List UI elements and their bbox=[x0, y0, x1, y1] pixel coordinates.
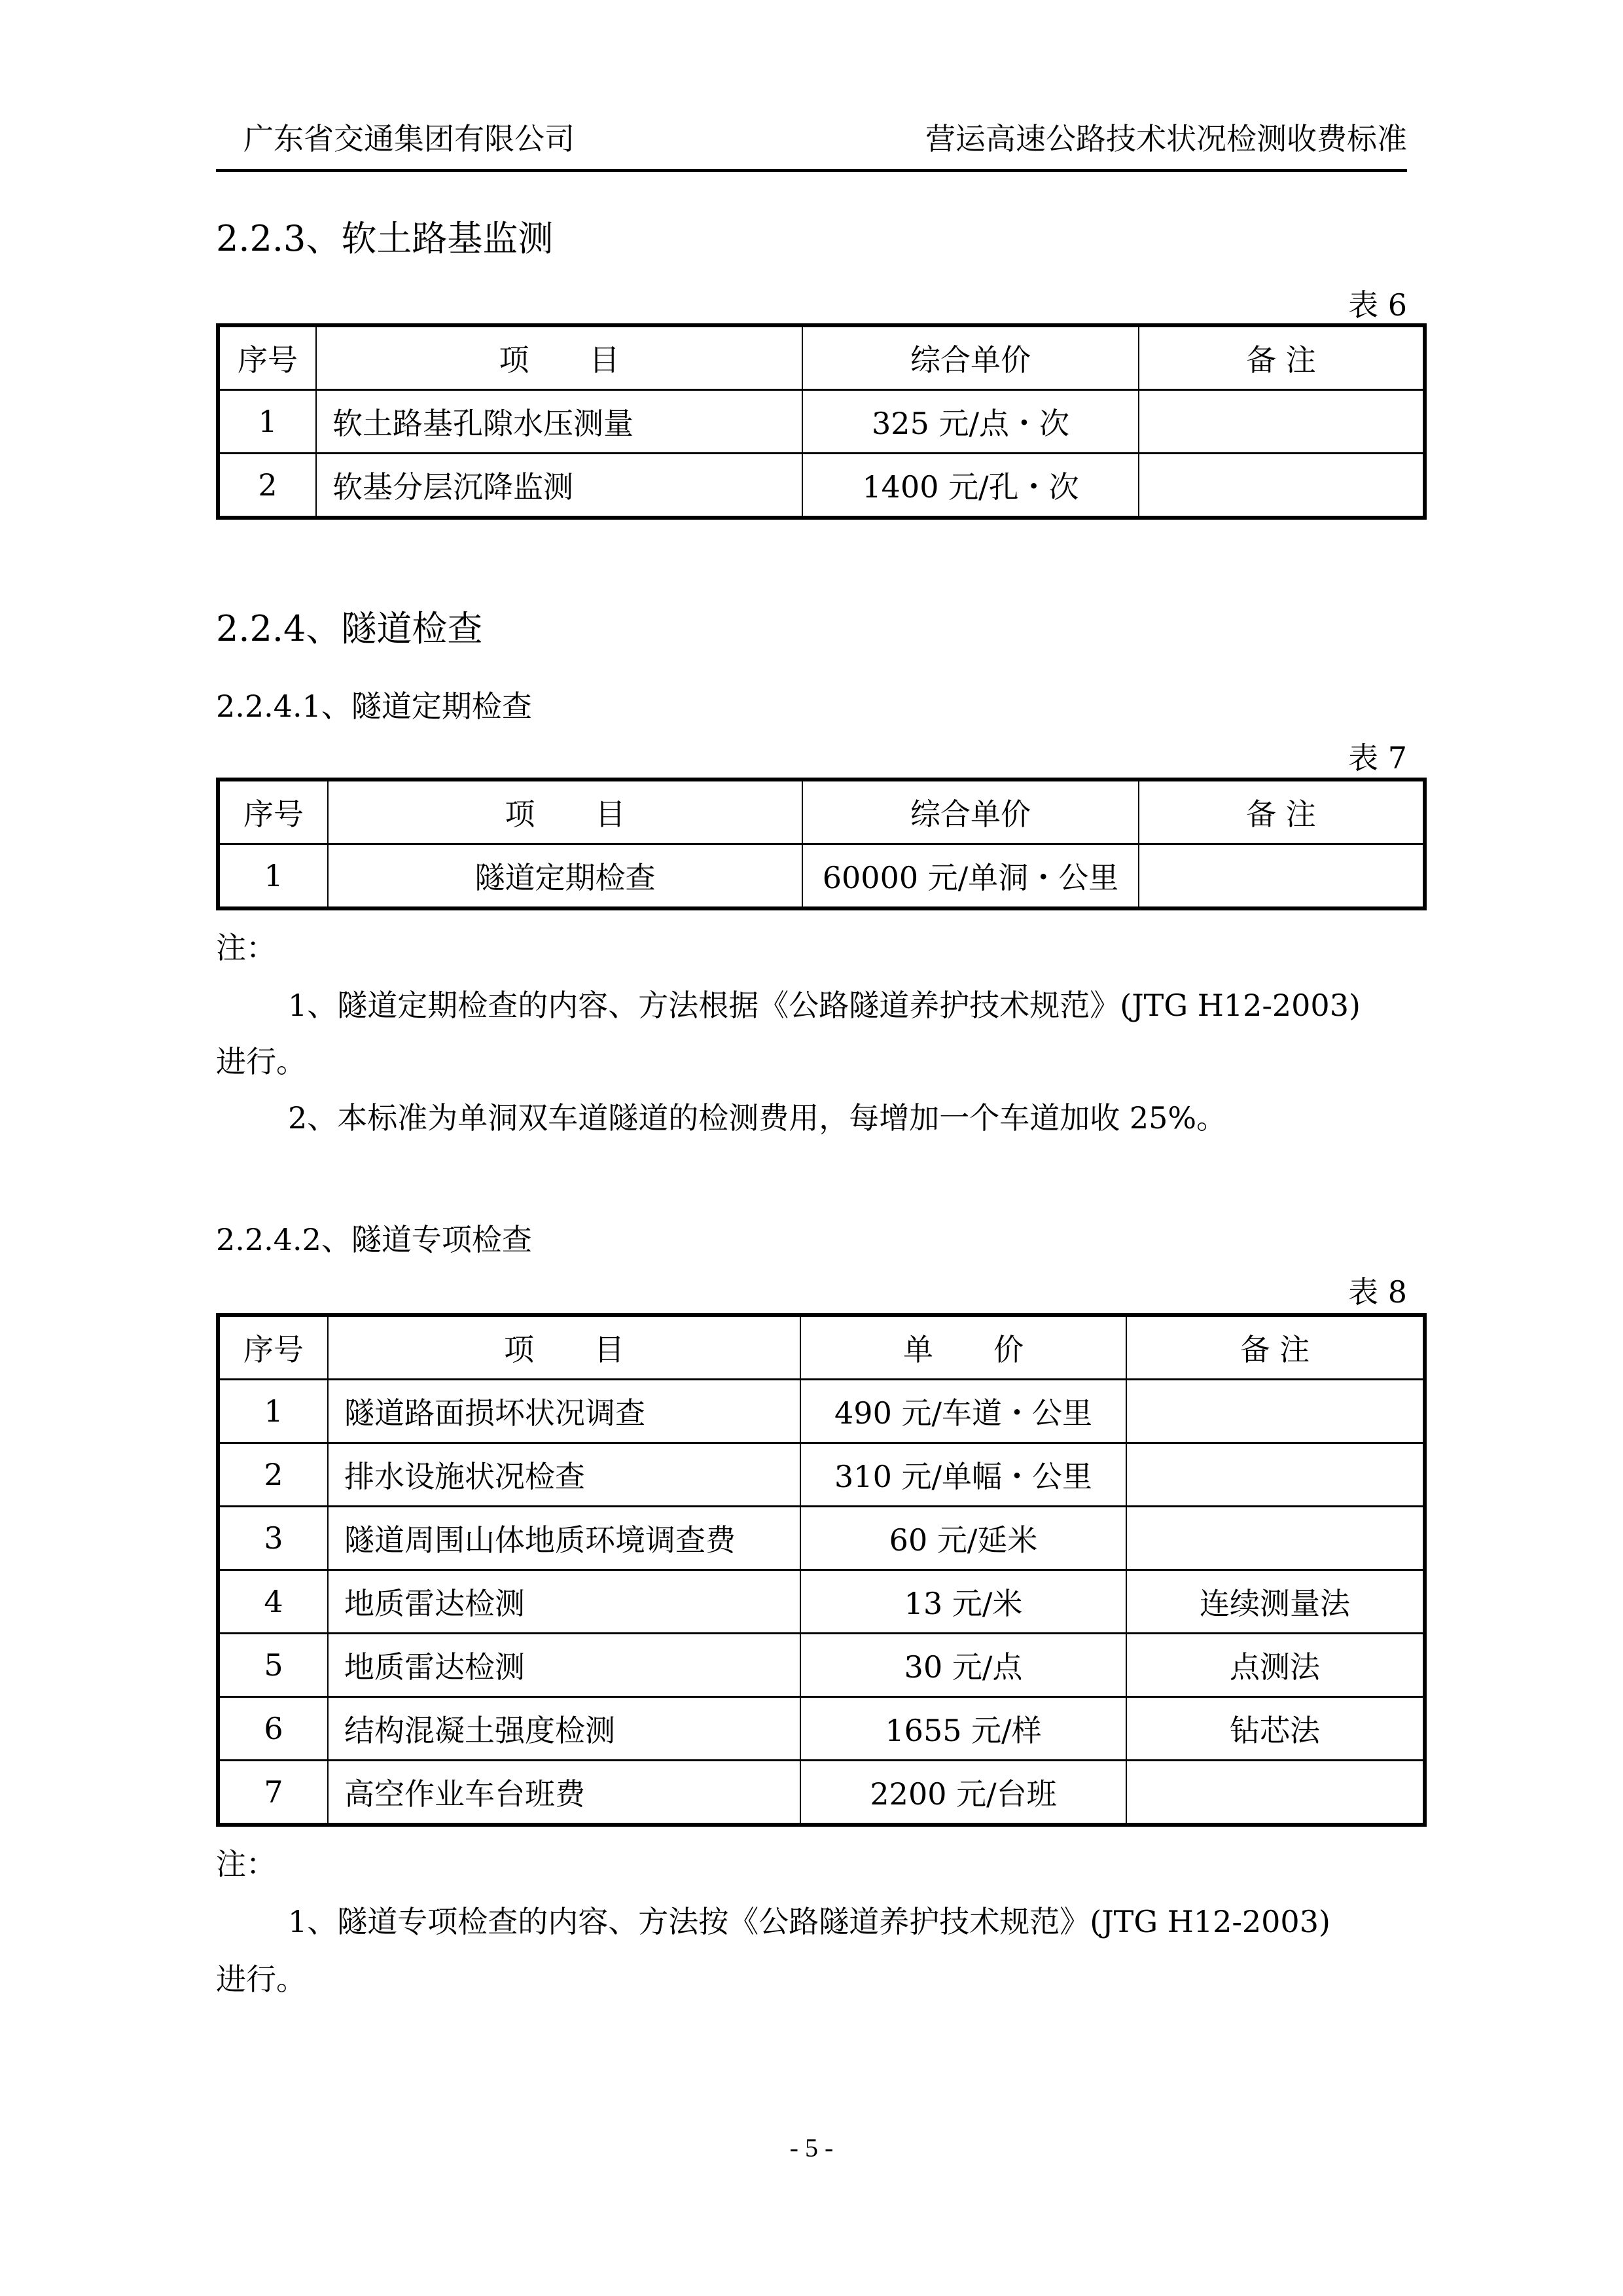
header-company: 广东省交通集团有限公司 bbox=[243, 115, 575, 158]
header-document-title: 营运高速公路技术状况检测收费标准 bbox=[925, 115, 1407, 158]
cell-item: 结构混凝土强度检测 bbox=[328, 1697, 800, 1761]
cell-item: 隧道周围山体地质环境调查费 bbox=[328, 1507, 800, 1570]
cell-remark bbox=[1139, 454, 1425, 518]
cell-item: 软基分层沉降监测 bbox=[316, 454, 802, 518]
table-row: 2 软基分层沉降监测 1400 元/孔・次 bbox=[218, 454, 1425, 518]
note-label: 注： bbox=[216, 924, 276, 967]
table-header-row: 序号 项 目 单 价 备 注 bbox=[218, 1315, 1425, 1380]
column-header-no: 序号 bbox=[218, 325, 316, 390]
section-heading-2-2-4-1: 2.2.4.1、隧道定期检查 bbox=[216, 683, 532, 726]
cell-price: 2200 元/台班 bbox=[800, 1761, 1126, 1825]
cell-price: 13 元/米 bbox=[800, 1570, 1126, 1634]
cell-item: 软土路基孔隙水压测量 bbox=[316, 390, 802, 454]
column-header-price: 综合单价 bbox=[802, 325, 1139, 390]
cell-no: 1 bbox=[218, 390, 316, 454]
note-item-1-continued: 进行。 bbox=[216, 1038, 306, 1081]
cell-remark bbox=[1126, 1443, 1425, 1507]
cell-price: 30 元/点 bbox=[800, 1634, 1126, 1697]
cell-remark: 连续测量法 bbox=[1126, 1570, 1425, 1634]
cell-no: 6 bbox=[218, 1697, 328, 1761]
column-header-no: 序号 bbox=[218, 780, 328, 844]
column-header-price: 单 价 bbox=[800, 1315, 1126, 1380]
table-8-caption: 表 8 bbox=[1348, 1268, 1407, 1312]
cell-item: 排水设施状况检查 bbox=[328, 1443, 800, 1507]
cell-price: 1655 元/样 bbox=[800, 1697, 1126, 1761]
cell-remark bbox=[1126, 1507, 1425, 1570]
table-row: 7 高空作业车台班费 2200 元/台班 bbox=[218, 1761, 1425, 1825]
cell-remark bbox=[1126, 1380, 1425, 1443]
table-row: 2 排水设施状况检查 310 元/单幅・公里 bbox=[218, 1443, 1425, 1507]
table-row: 5 地质雷达检测 30 元/点 点测法 bbox=[218, 1634, 1425, 1697]
note-item-1-continued: 进行。 bbox=[216, 1956, 306, 1999]
table-header-row: 序号 项 目 综合单价 备 注 bbox=[218, 780, 1425, 844]
page-number: - 5 - bbox=[0, 2132, 1623, 2163]
table-7: 序号 项 目 综合单价 备 注 1 隧道定期检查 60000 元/单洞・公里 bbox=[216, 778, 1427, 910]
note-item-2: 2、本标准为单洞双车道隧道的检测费用，每增加一个车道加收 25%。 bbox=[288, 1094, 1226, 1138]
cell-no: 5 bbox=[218, 1634, 328, 1697]
cell-item: 隧道路面损坏状况调查 bbox=[328, 1380, 800, 1443]
cell-no: 1 bbox=[218, 844, 328, 909]
table-row: 3 隧道周围山体地质环境调查费 60 元/延米 bbox=[218, 1507, 1425, 1570]
cell-remark bbox=[1139, 844, 1425, 909]
table-row: 6 结构混凝土强度检测 1655 元/样 钻芯法 bbox=[218, 1697, 1425, 1761]
note-label: 注： bbox=[216, 1840, 276, 1884]
cell-no: 4 bbox=[218, 1570, 328, 1634]
column-header-item: 项 目 bbox=[316, 325, 802, 390]
cell-remark bbox=[1139, 390, 1425, 454]
cell-item: 地质雷达检测 bbox=[328, 1634, 800, 1697]
cell-remark bbox=[1126, 1761, 1425, 1825]
table-8: 序号 项 目 单 价 备 注 1 隧道路面损坏状况调查 490 元/车道・公里 … bbox=[216, 1313, 1427, 1827]
table-header-row: 序号 项 目 综合单价 备 注 bbox=[218, 325, 1425, 390]
section-heading-2-2-4: 2.2.4、隧道检查 bbox=[216, 601, 482, 651]
cell-price: 490 元/车道・公里 bbox=[800, 1380, 1126, 1443]
cell-no: 1 bbox=[218, 1380, 328, 1443]
section-heading-2-2-3: 2.2.3、软土路基监测 bbox=[216, 211, 553, 261]
table-6: 序号 项 目 综合单价 备 注 1 软土路基孔隙水压测量 325 元/点・次 2… bbox=[216, 323, 1427, 520]
cell-remark: 钻芯法 bbox=[1126, 1697, 1425, 1761]
cell-price: 325 元/点・次 bbox=[802, 390, 1139, 454]
cell-no: 2 bbox=[218, 1443, 328, 1507]
table-row: 1 隧道路面损坏状况调查 490 元/车道・公里 bbox=[218, 1380, 1425, 1443]
column-header-price: 综合单价 bbox=[802, 780, 1139, 844]
table-6-caption: 表 6 bbox=[1348, 281, 1407, 325]
cell-item: 高空作业车台班费 bbox=[328, 1761, 800, 1825]
cell-price: 60 元/延米 bbox=[800, 1507, 1126, 1570]
cell-price: 1400 元/孔・次 bbox=[802, 454, 1139, 518]
cell-item: 地质雷达检测 bbox=[328, 1570, 800, 1634]
table-row: 4 地质雷达检测 13 元/米 连续测量法 bbox=[218, 1570, 1425, 1634]
cell-price: 60000 元/单洞・公里 bbox=[802, 844, 1139, 909]
table-row: 1 隧道定期检查 60000 元/单洞・公里 bbox=[218, 844, 1425, 909]
note-item-1: 1、隧道定期检查的内容、方法根据《公路隧道养护技术规范》(JTG H12-200… bbox=[288, 982, 1361, 1025]
cell-no: 2 bbox=[218, 454, 316, 518]
column-header-no: 序号 bbox=[218, 1315, 328, 1380]
cell-item: 隧道定期检查 bbox=[328, 844, 802, 909]
column-header-item: 项 目 bbox=[328, 1315, 800, 1380]
column-header-remark: 备 注 bbox=[1126, 1315, 1425, 1380]
table-7-caption: 表 7 bbox=[1348, 734, 1407, 778]
cell-no: 3 bbox=[218, 1507, 328, 1570]
column-header-remark: 备 注 bbox=[1139, 325, 1425, 390]
cell-price: 310 元/单幅・公里 bbox=[800, 1443, 1126, 1507]
cell-no: 7 bbox=[218, 1761, 328, 1825]
section-heading-2-2-4-2: 2.2.4.2、隧道专项检查 bbox=[216, 1216, 532, 1259]
note-item-1: 1、隧道专项检查的内容、方法按《公路隧道养护技术规范》(JTG H12-2003… bbox=[288, 1898, 1330, 1941]
column-header-remark: 备 注 bbox=[1139, 780, 1425, 844]
table-row: 1 软土路基孔隙水压测量 325 元/点・次 bbox=[218, 390, 1425, 454]
header-divider bbox=[216, 169, 1407, 172]
cell-remark: 点测法 bbox=[1126, 1634, 1425, 1697]
column-header-item: 项 目 bbox=[328, 780, 802, 844]
